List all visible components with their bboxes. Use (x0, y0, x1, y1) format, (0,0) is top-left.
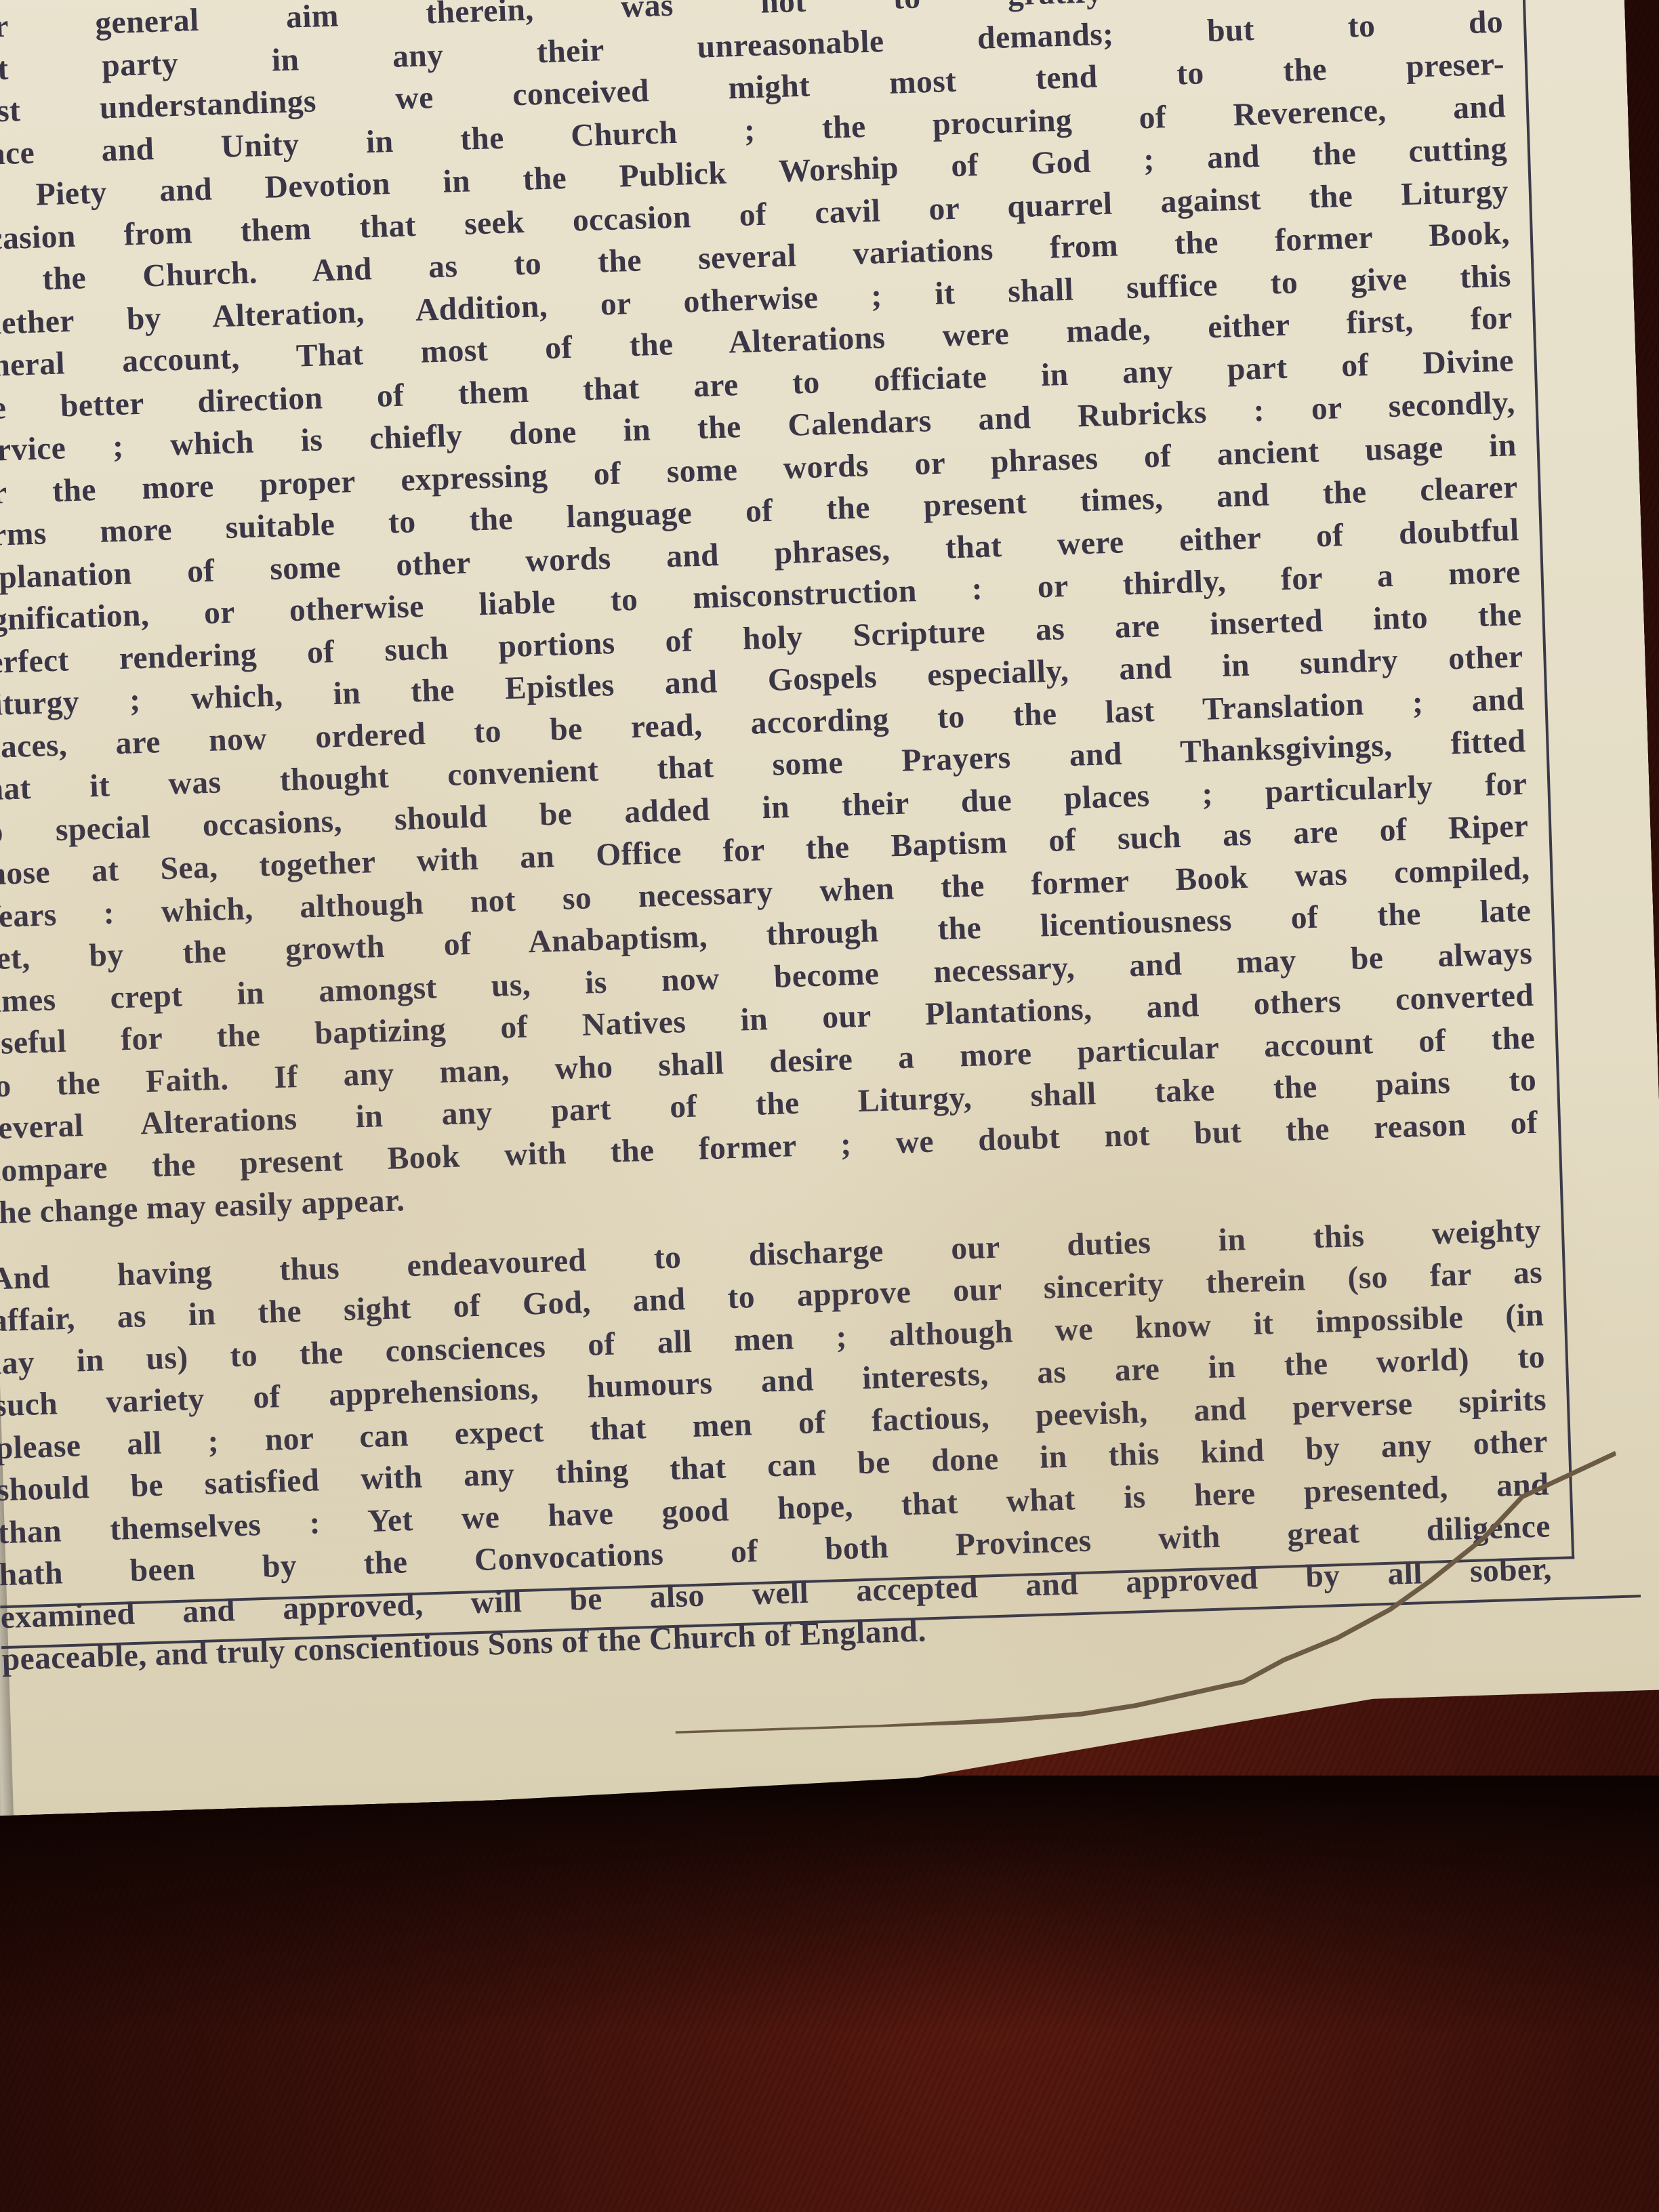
book-shadow (0, 1776, 1659, 2033)
paragraph-2: And having thus endeavoured to discharge… (0, 1209, 1554, 1681)
preface-text-block: Our general aim therein, was not to grat… (0, 0, 1554, 1681)
book-page: Our general aim therein, was not to grat… (0, 0, 1659, 1816)
paragraph-1: Our general aim therein, was not to grat… (0, 0, 1540, 1235)
